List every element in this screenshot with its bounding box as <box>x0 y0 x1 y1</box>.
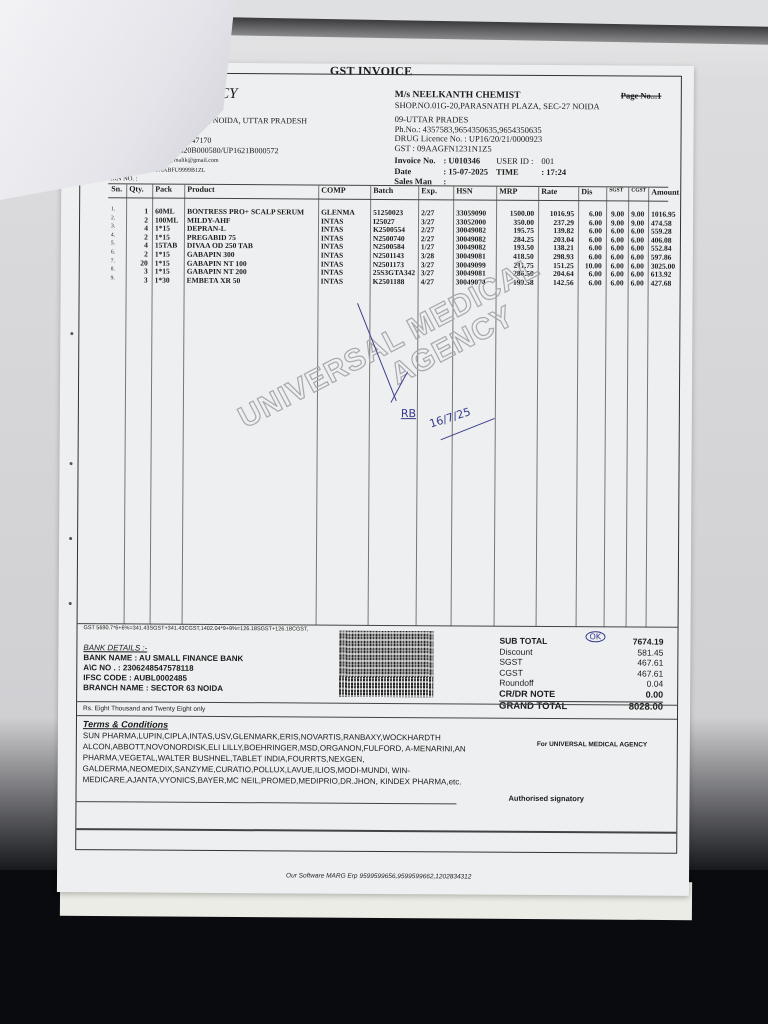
amount-in-words: Rs. Eight Thousand and Twenty Eight only <box>83 705 205 713</box>
terms-text: SUN PHARMA,LUPIN,CIPLA,INTAS,USV,GLENMAR… <box>83 730 523 788</box>
header-hsn: HSN <box>456 186 473 195</box>
cell-qty: 3 <box>129 275 148 284</box>
header-rate: Rate <box>541 187 557 196</box>
invoice-meta: Invoice No. : U010346 USER ID : 001 Date… <box>394 155 574 188</box>
software-credit: Our Software MARG Erp 9599599656,9599599… <box>286 872 471 880</box>
cell-amount: 427.68 <box>651 278 664 287</box>
crdr: 0.00 <box>646 689 664 700</box>
buyer-details: M/s NEELKANTH CHEMIST SHOP.NO.01G-20,PAR… <box>394 91 599 154</box>
cell-sn: 2. <box>111 215 122 221</box>
punch-hole <box>69 602 72 605</box>
roundoff: 0.04 <box>647 679 664 690</box>
header-amount: Amount <box>651 188 679 197</box>
cell-sgst: 6.00 <box>609 278 624 287</box>
header-exp: Exp. <box>421 186 437 195</box>
cgst-label: CGST <box>499 667 523 678</box>
cell-sn: 3. <box>111 223 122 229</box>
handwritten-initials: RB <box>401 407 416 420</box>
cell-dis: 6.00 <box>581 278 602 287</box>
punch-hole <box>70 332 73 335</box>
date-label: Date <box>394 166 443 177</box>
invoice-paper: GST INVOICE AL MEDICAL AGENCY al Distrib… <box>57 62 694 896</box>
cell-batch: K2501188 <box>373 277 414 286</box>
items-table: Sn.Qty.PackProductCOMPBatchExp.HSNMRPRat… <box>106 183 669 627</box>
cell-exp: 4/27 <box>421 277 449 286</box>
roundoff-label: Roundoff <box>499 678 533 689</box>
header-divider <box>108 197 668 201</box>
user-id: 001 <box>541 156 574 167</box>
sgst-label: SGST <box>499 657 522 668</box>
cell-sn: 7. <box>111 258 122 264</box>
handwritten-circled-mark: OK <box>585 631 605 642</box>
punch-hole <box>69 537 72 540</box>
header-dis: Dis <box>581 187 592 196</box>
bank-branch: BRANCH NAME : SECTOR 63 NOIDA <box>83 683 243 694</box>
invoice-time: : 17:24 <box>541 166 574 177</box>
header-comp: COMP <box>321 186 345 195</box>
buyer-gst: GST : 09AAGFN1231N1Z5 <box>394 144 599 155</box>
discount: 581.45 <box>637 647 663 658</box>
header-sn: Sn. <box>111 184 122 193</box>
for-company: For UNIVERSAL MEDICAL AGENCY <box>537 741 647 749</box>
terms-block: Terms & Conditions SUN PHARMA,LUPIN,CIPL… <box>83 719 523 788</box>
header-batch: Batch <box>373 186 393 195</box>
header-product: Product <box>187 185 214 194</box>
cell-sn: 9. <box>111 275 122 281</box>
cell-product: EMBETA XR 50 <box>187 276 314 286</box>
header-sgst: SGST <box>609 187 623 193</box>
cgst-total: 467.61 <box>637 668 663 679</box>
cell-comp: INTAS <box>321 276 366 285</box>
invoice-date: : 15-07-2025 <box>443 166 496 177</box>
time-label: TIME <box>496 166 541 177</box>
cell-pack: 1*30 <box>155 275 180 284</box>
sub-total: 7674.19 <box>633 636 664 647</box>
divider <box>76 801 456 804</box>
authorised-signatory: Authorised signatory <box>508 794 583 803</box>
page-number: Page No...1 <box>621 90 662 100</box>
buyer-address: SHOP.NO.01G-20,PARASNATH PLAZA, SEC-27 N… <box>395 101 600 112</box>
header-qty: Qty. <box>129 184 144 193</box>
gst-calculation: GST 5690.7*6+6%=341.43SGST+341.43CGST,14… <box>84 625 309 632</box>
bank-details: BANK DETAILS :- BANK NAME : AU SMALL FIN… <box>83 643 243 694</box>
punch-hole <box>70 462 73 465</box>
cell-sn: 6. <box>111 249 122 255</box>
header-mrp: MRP <box>499 187 517 196</box>
crdr-label: CR/DR NOTE <box>499 688 555 699</box>
divider <box>76 828 676 834</box>
totals-panel: SUB TOTAL7674.19 Discount581.45 SGST467.… <box>499 636 663 714</box>
cell-sn: 1. <box>111 206 122 212</box>
cell-sn: 4. <box>111 232 122 238</box>
cell-sn: 5. <box>111 241 122 247</box>
invoice-no: : U010346 <box>443 155 496 166</box>
header-cgst: CGST <box>631 187 646 193</box>
discount-label: Discount <box>499 646 532 657</box>
sgst-total: 467.61 <box>637 658 663 669</box>
invoice-no-label: Invoice No. <box>394 155 443 166</box>
cell-cgst: 6.00 <box>631 278 644 287</box>
cell-sn: 8. <box>111 266 122 272</box>
qr-code <box>339 631 433 698</box>
user-id-label: USER ID : <box>496 156 541 167</box>
invoice-sheet: AL MEDICAL AGENCY al Distributors T FLOO… <box>75 72 682 854</box>
header-pack: Pack <box>155 185 172 194</box>
sub-total-label: SUB TOTAL <box>499 636 547 647</box>
